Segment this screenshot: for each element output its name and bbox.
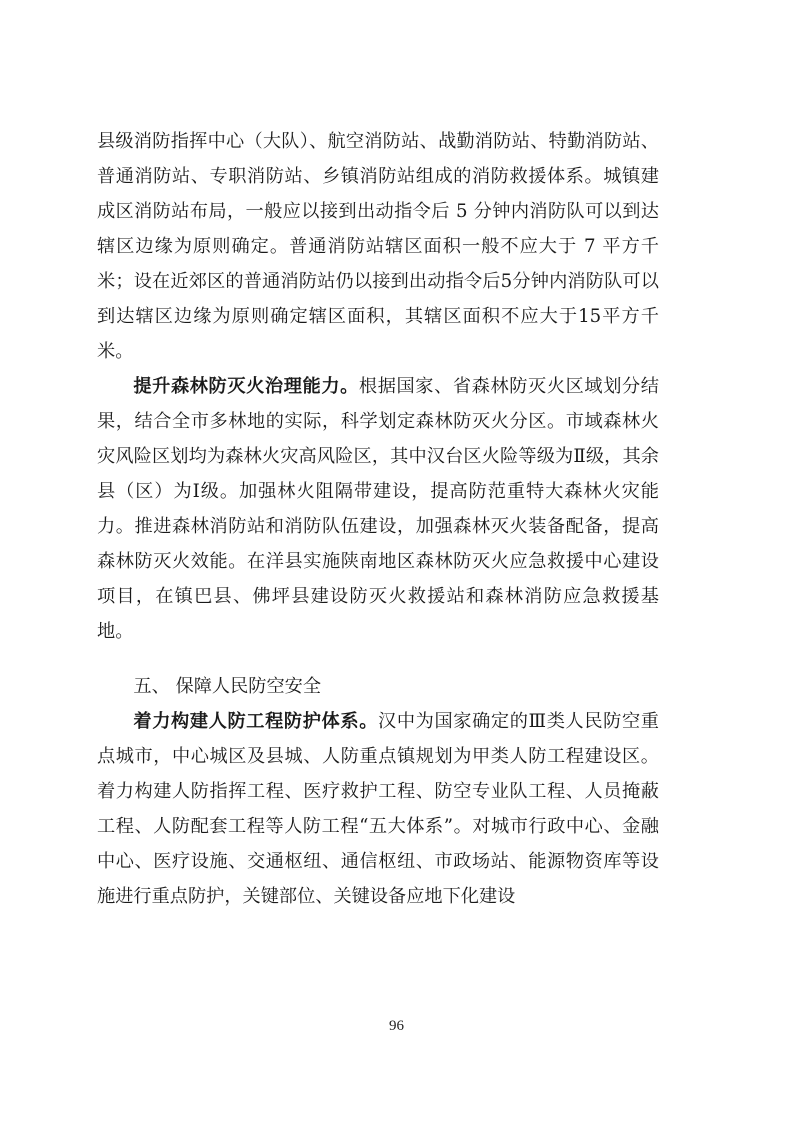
- body-text: 县级消防指挥中心（大队）、航空消防站、战勤消防站、特勤消防站、普通消防站、专职消…: [97, 124, 659, 914]
- paragraph-civil-air-defense: 着力构建人防工程防护体系。汉中为国家确定的Ⅲ类人民防空重点城市，中心城区及县城、…: [97, 704, 659, 914]
- document-page: 县级消防指挥中心（大队）、航空消防站、战勤消防站、特勤消防站、普通消防站、专职消…: [0, 0, 793, 1122]
- section-heading: 五、 保障人民防空安全: [97, 669, 659, 704]
- paragraph-lead: 着力构建人防工程防护体系。: [133, 711, 378, 732]
- paragraph-text: 汉中为国家确定的Ⅲ类人民防空重点城市，中心城区及县城、人防重点镇规划为甲类人防工…: [97, 711, 659, 907]
- page-number: 96: [0, 1018, 793, 1035]
- paragraph-lead: 提升森林防灭火治理能力。: [133, 376, 359, 397]
- paragraph-forest-fire: 提升森林防灭火治理能力。根据国家、省森林防灭火区域划分结果，结合全市多林地的实际…: [97, 369, 659, 649]
- paragraph-text: 根据国家、省森林防灭火区域划分结果，结合全市多林地的实际，科学划定森林防灭火分区…: [97, 376, 659, 642]
- paragraph-fire-rescue-system: 县级消防指挥中心（大队）、航空消防站、战勤消防站、特勤消防站、普通消防站、专职消…: [97, 124, 659, 369]
- paragraph-text: 县级消防指挥中心（大队）、航空消防站、战勤消防站、特勤消防站、普通消防站、专职消…: [97, 131, 659, 362]
